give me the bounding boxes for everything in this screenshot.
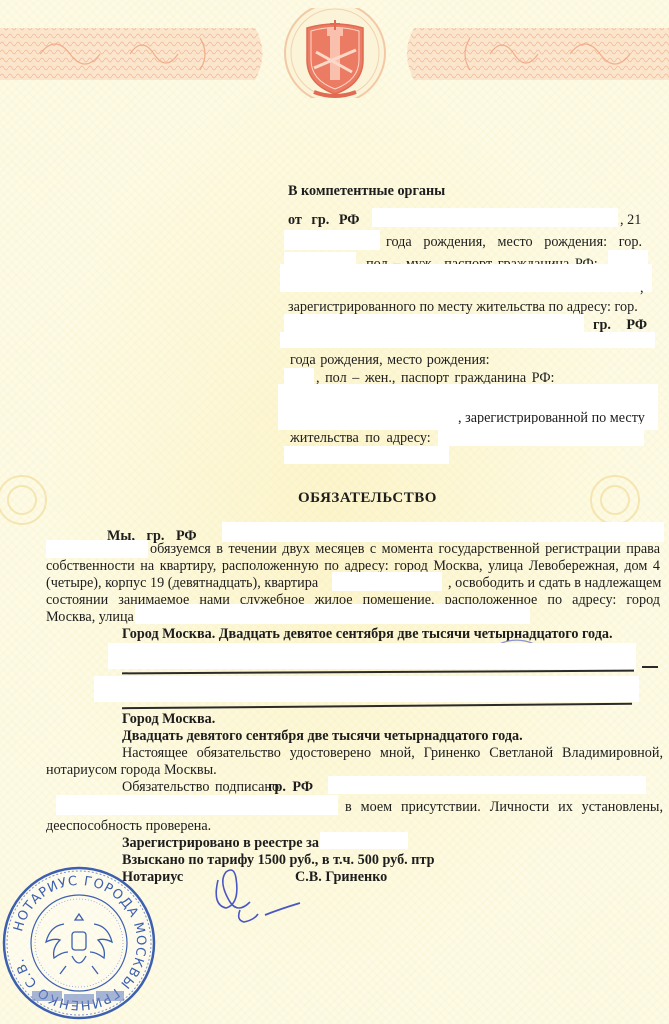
addressee: В компетентные органы <box>288 183 445 200</box>
notary-stamp-icon: НОТАРИУС ГОРОДА МОСКВЫ ГРИНЕНКО С.В. <box>2 866 156 1020</box>
notary-city: Город Москва. <box>122 711 215 728</box>
left-ornament-icon <box>0 470 52 530</box>
redacted-apartment <box>332 572 442 591</box>
from-label: от гр. РФ <box>288 212 359 229</box>
capacity-line: дееспособность проверена. <box>46 818 211 835</box>
notary-date: Двадцать девятого сентября две тысячи че… <box>122 728 523 745</box>
redacted-signature-1 <box>108 643 636 669</box>
redacted-name-1 <box>372 208 618 227</box>
person1-comma: , <box>640 280 644 297</box>
person1-day: , 21 <box>620 212 641 229</box>
redacted-street <box>135 604 530 624</box>
redacted-address-2b <box>284 446 449 464</box>
body-line-3b: , освободить и сдать в надлежащем <box>448 575 660 592</box>
body-line-3: (четыре), корпус 19 (девятнадцать), квар… <box>46 575 318 592</box>
notary-emblem-icon <box>292 14 378 100</box>
redacted-signers-2 <box>56 795 338 815</box>
right-ornament-icon <box>585 470 645 530</box>
redacted-name-2 <box>280 332 655 348</box>
presence-line: в моем присутствии. Личности их установл… <box>345 799 663 816</box>
redacted-names-body-2 <box>46 540 148 558</box>
document-title: ОБЯЗАТЕЛЬСТВО <box>298 490 437 507</box>
person2-address-label: жительства по адресу: <box>290 430 431 447</box>
certified-line-1: Настоящее обязательство удостоверено мно… <box>122 745 663 762</box>
person1-birth-line: года рождения, место рождения: гор. <box>386 234 642 251</box>
redacted-passport-1b <box>280 264 652 292</box>
body-line-1: обязуемся в течении двух месяцев с момен… <box>150 541 660 558</box>
signed-prefix: Обязательство подписано <box>122 779 279 796</box>
redacted-names-body <box>222 522 664 542</box>
redacted-registry-number <box>320 832 408 849</box>
certified-line-2: нотариусом города Москвы. <box>46 762 217 779</box>
redacted-address-2a <box>438 424 644 446</box>
redacted-birthdate-1 <box>284 230 380 250</box>
redacted-signature-2 <box>94 676 639 702</box>
body-line-5: Москва, улица <box>46 609 134 626</box>
notary-signature-icon <box>200 855 310 930</box>
signed-label: гр. РФ <box>268 779 313 796</box>
redacted-signers <box>328 776 646 794</box>
person2-birth-line: года рождения, место рождения: <box>290 352 490 369</box>
signature-dash <box>642 666 658 668</box>
registry-line: Зарегистрировано в реестре за <box>122 835 319 852</box>
